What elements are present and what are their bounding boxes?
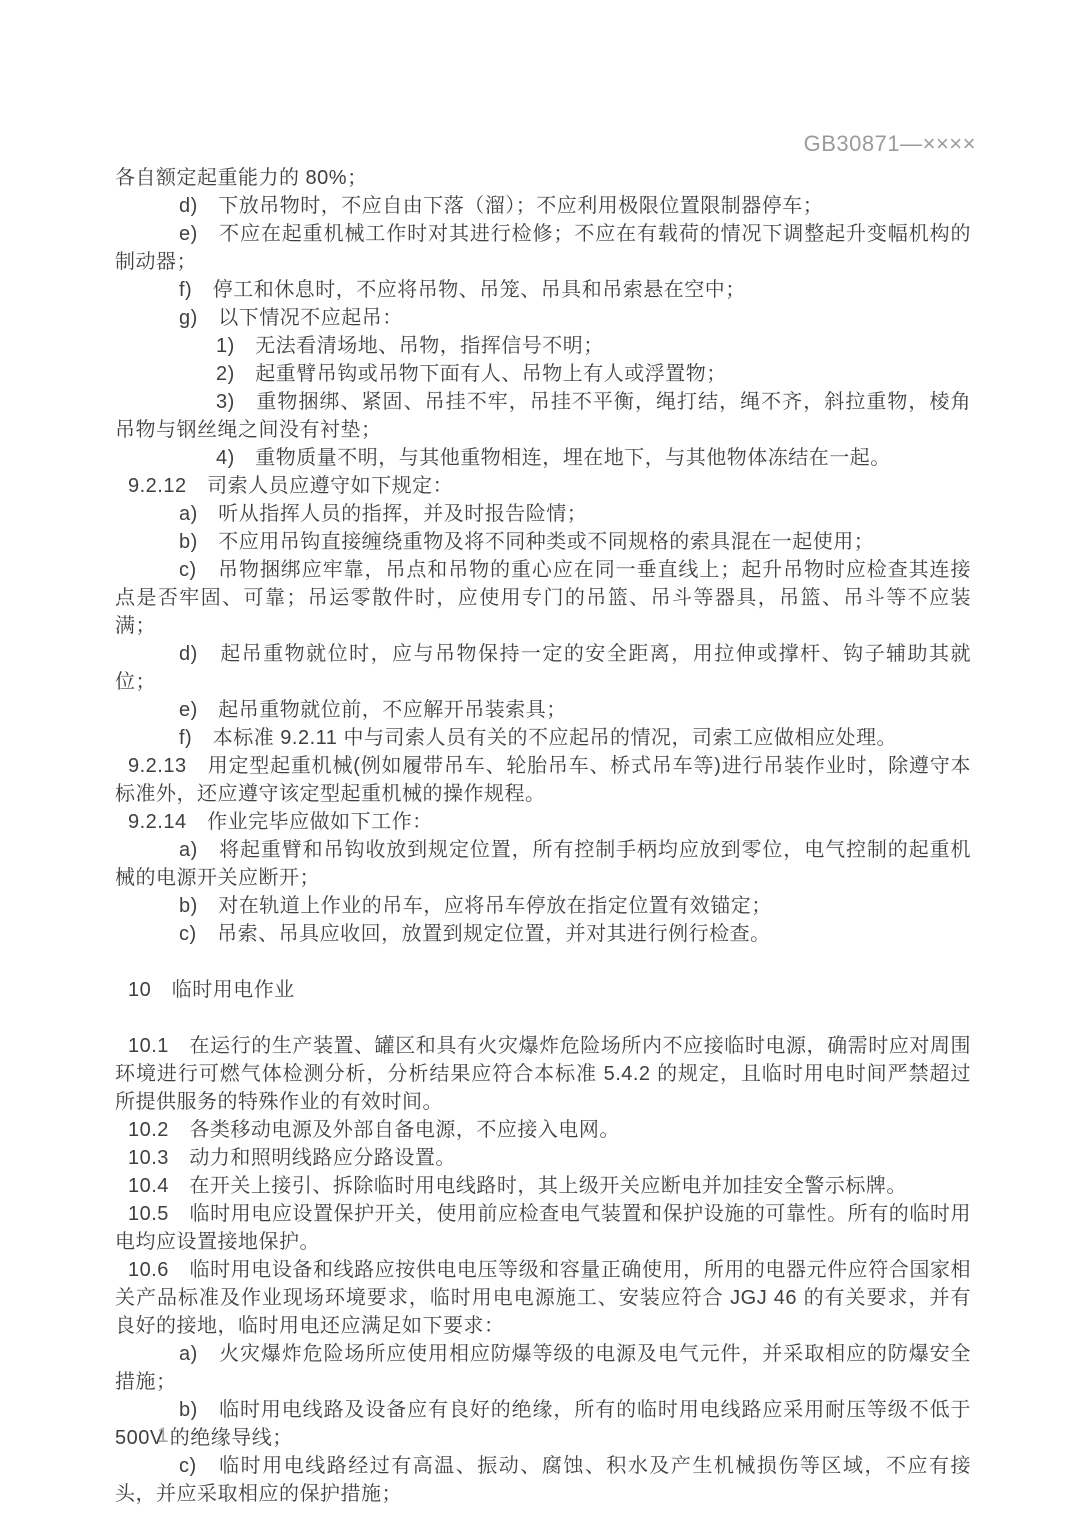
document-page: GB30871—×××× 各自额定起重能力的 80%；d) 下放吊物时，不应自由… [0,0,1080,1527]
paragraph: b) 不应用吊钩直接缠绕重物及将不同种类或不同规格的索具混在一起使用； [115,528,971,556]
paragraph: 各自额定起重能力的 80%； [115,164,971,192]
standard-number-header: GB30871—×××× [804,131,976,157]
paragraph: 10.3 动力和照明线路应分路设置。 [115,1144,971,1172]
paragraph: 10.4 在开关上接引、拆除临时用电线路时，其上级开关应断电并加挂安全警示标牌。 [115,1172,971,1200]
paragraph: c) 吊物捆绑应牢靠，吊点和吊物的重心应在同一垂直线上；起升吊物时应检查其连接点… [115,556,971,640]
paragraph: a) 将起重臂和吊钩收放到规定位置，所有控制手柄均应放到零位，电气控制的起重机械… [115,836,971,892]
paragraph: d) 起吊重物就位时，应与吊物保持一定的安全距离，用拉伸或撑杆、钩子辅助其就位； [115,640,971,696]
paragraph: c) 吊索、吊具应收回，放置到规定位置，并对其进行例行检查。 [115,920,971,948]
paragraph: c) 临时用电线路经过有高温、振动、腐蚀、积水及产生机械损伤等区域，不应有接头，… [115,1452,971,1508]
paragraph: b) 临时用电线路及设备应有良好的绝缘，所有的临时用电线路应采用耐压等级不低于 … [115,1396,971,1452]
paragraph: a) 听从指挥人员的指挥，并及时报告险情； [115,500,971,528]
page-number: 1 [157,1424,169,1448]
paragraph: 10.5 临时用电应设置保护开关，使用前应检查电气装置和保护设施的可靠性。所有的… [115,1200,971,1256]
paragraph: 4) 重物质量不明，与其他重物相连，埋在地下，与其他物体冻结在一起。 [115,444,971,472]
paragraph: 9.2.13 用定型起重机械(例如履带吊车、轮胎吊车、桥式吊车等)进行吊装作业时… [115,752,971,808]
paragraph: e) 不应在起重机械工作时对其进行检修；不应在有载荷的情况下调整起升变幅机构的制… [115,220,971,276]
paragraph: 2) 起重臂吊钩或吊物下面有人、吊物上有人或浮置物； [115,360,971,388]
paragraph: b) 对在轨道上作业的吊车，应将吊车停放在指定位置有效锚定； [115,892,971,920]
paragraph: 10.1 在运行的生产装置、罐区和具有火灾爆炸危险场所内不应接临时电源，确需时应… [115,1032,971,1116]
paragraph: a) 火灾爆炸危险场所应使用相应防爆等级的电源及电气元件，并采取相应的防爆安全措… [115,1340,971,1396]
paragraph: 9.2.12 司索人员应遵守如下规定： [115,472,971,500]
document-body: 各自额定起重能力的 80%；d) 下放吊物时，不应自由下落（溜）；不应利用极限位… [115,164,971,1508]
paragraph: f) 本标准 9.2.11 中与司索人员有关的不应起吊的情况，司索工应做相应处理… [115,724,971,752]
paragraph: f) 停工和休息时，不应将吊物、吊笼、吊具和吊索悬在空中； [115,276,971,304]
paragraph: e) 起吊重物就位前，不应解开吊装索具； [115,696,971,724]
paragraph: 10 临时用电作业 [115,976,971,1004]
paragraph: 10.6 临时用电设备和线路应按供电电压等级和容量正确使用，所用的电器元件应符合… [115,1256,971,1340]
paragraph: 9.2.14 作业完毕应做如下工作： [115,808,971,836]
paragraph: 1) 无法看清场地、吊物，指挥信号不明； [115,332,971,360]
paragraph: 10.2 各类移动电源及外部自备电源，不应接入电网。 [115,1116,971,1144]
paragraph: d) 下放吊物时，不应自由下落（溜）；不应利用极限位置限制器停车； [115,192,971,220]
paragraph: 3) 重物捆绑、紧固、吊挂不牢，吊挂不平衡，绳打结，绳不齐，斜拉重物，棱角吊物与… [115,388,971,444]
paragraph: g) 以下情况不应起吊： [115,304,971,332]
